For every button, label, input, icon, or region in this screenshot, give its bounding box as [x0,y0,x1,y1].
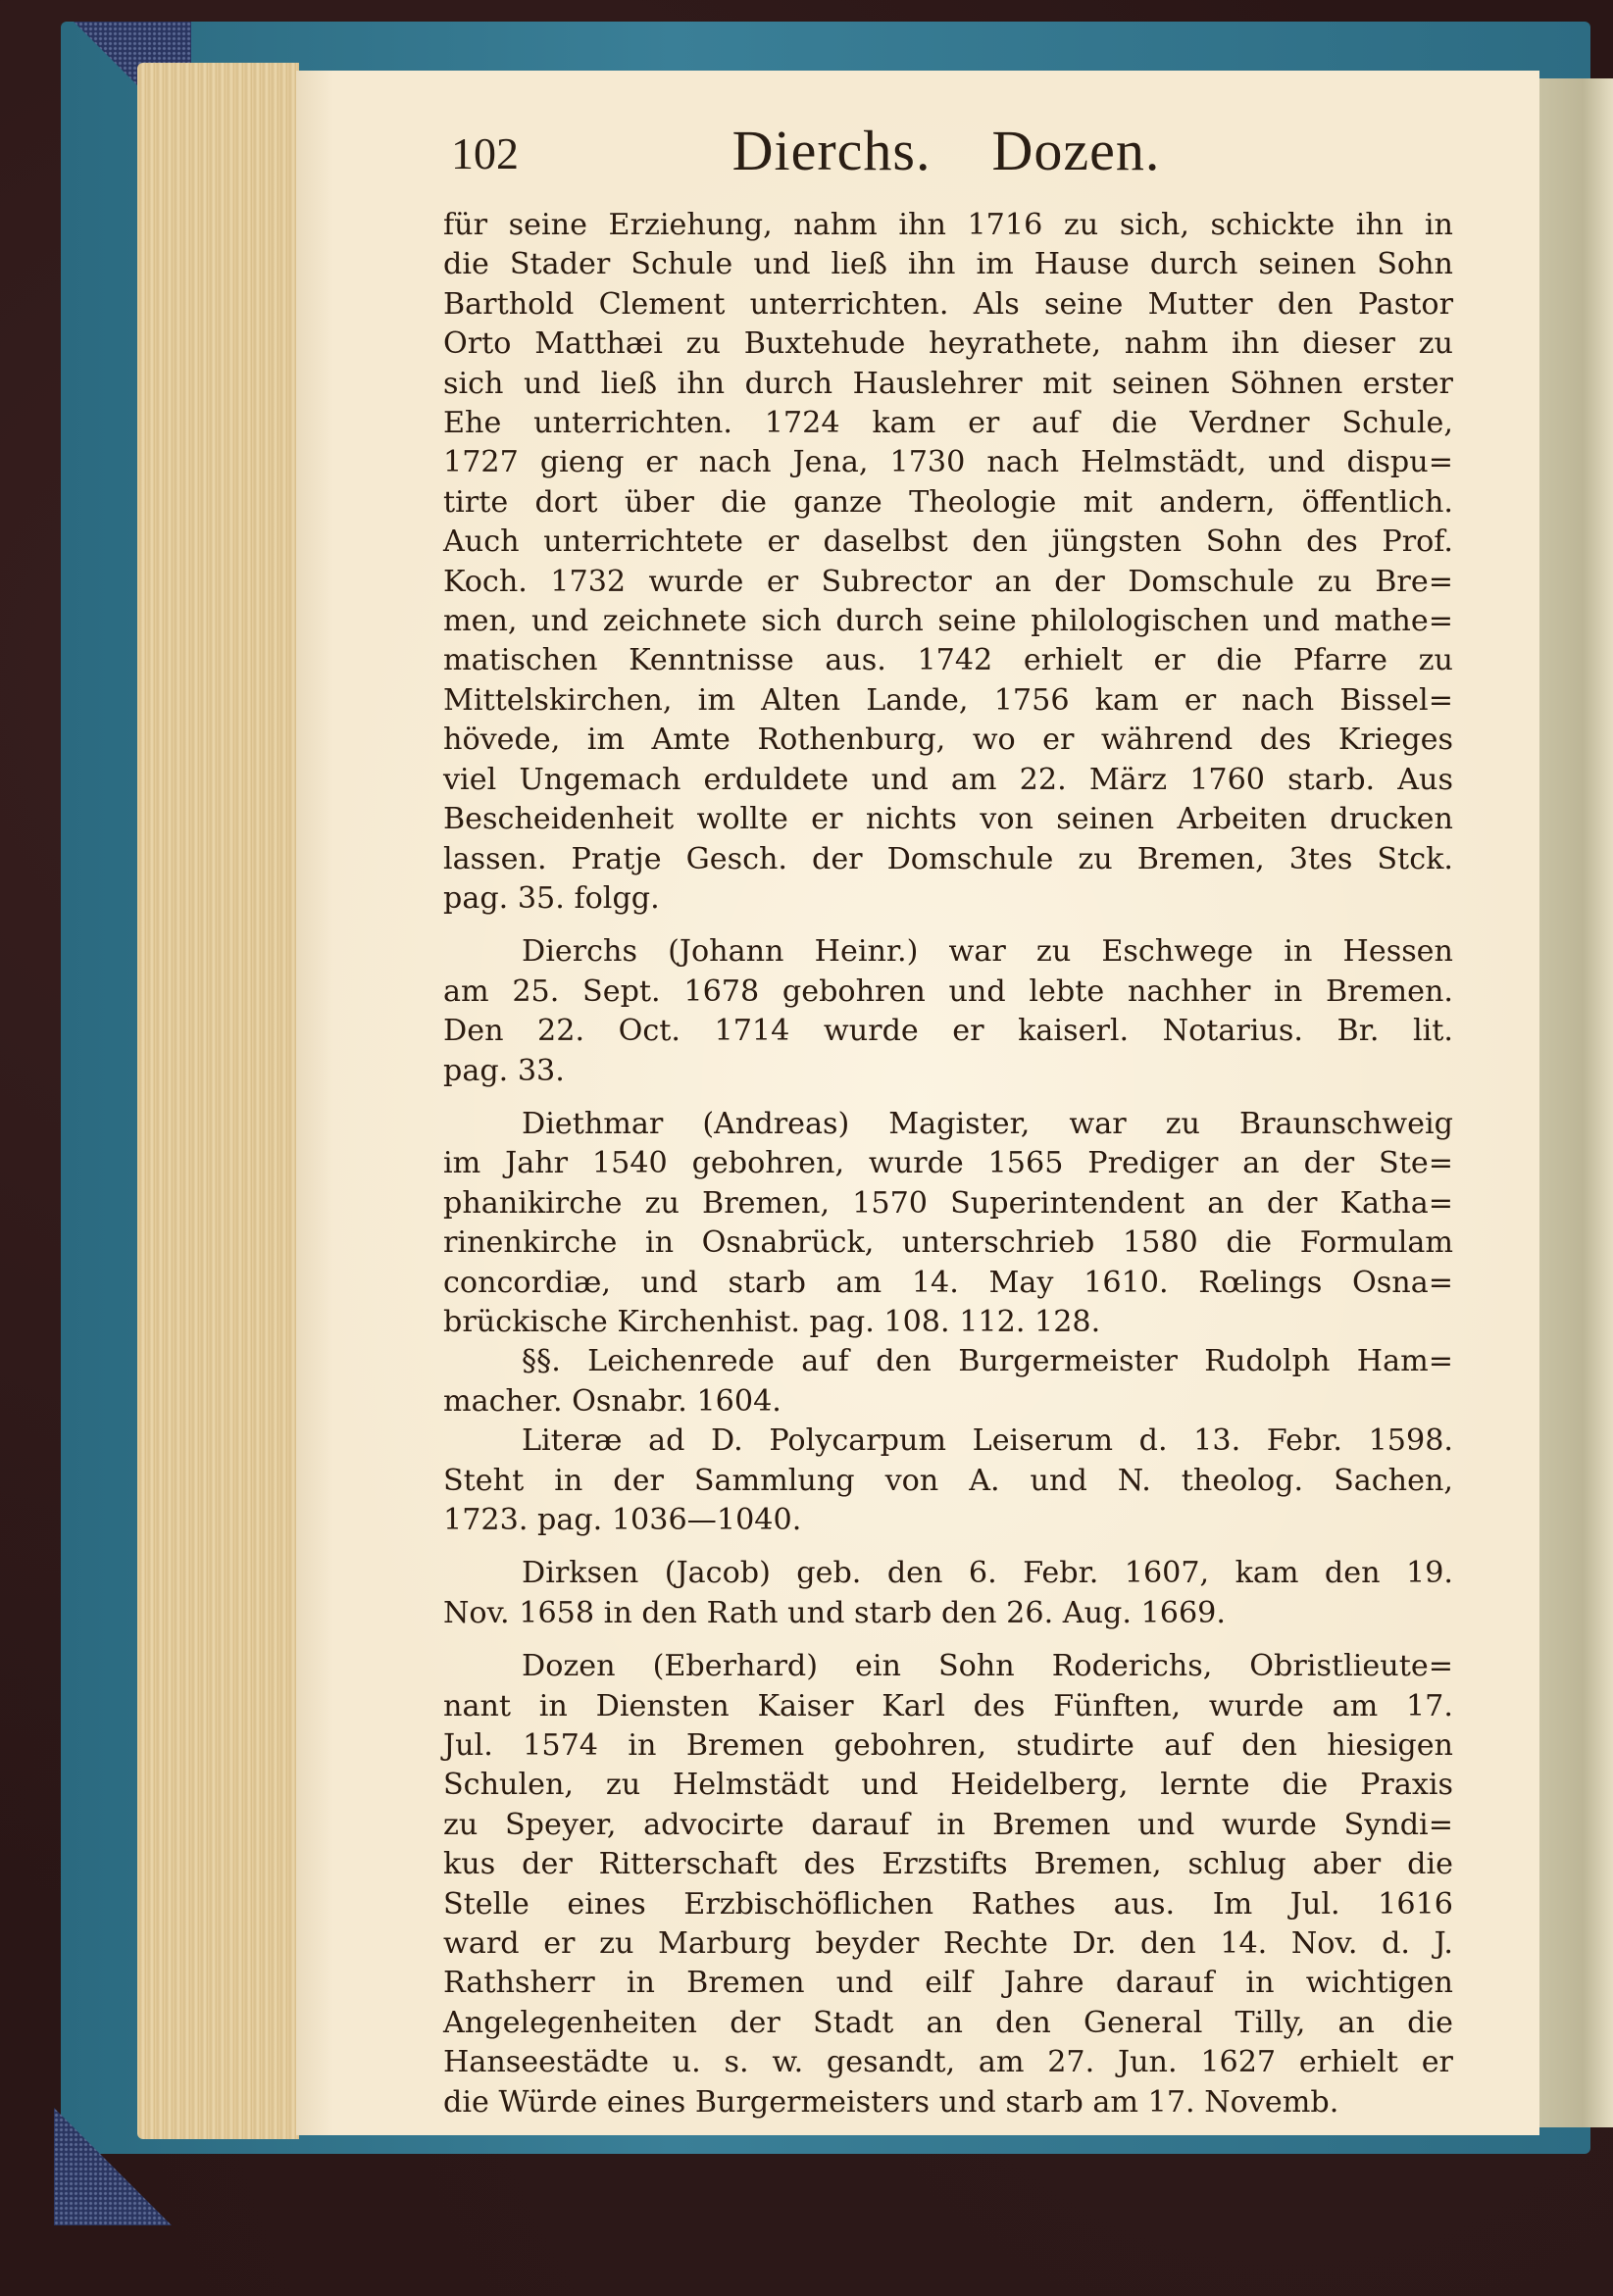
book-page: 102 Dierchs. Dozen. für seine Erziehung,… [296,71,1539,2135]
page-block-edges [137,63,299,2139]
entry-dierchs: Dierchs (Johann Heinr.) war zu Eschwege … [443,932,1453,1091]
text-line: Hanseestädte u. s. w. gesandt, am 27. Ju… [443,2043,1453,2082]
text-line: die Würde eines Burgermeisters und starb… [443,2083,1453,2122]
text-line: Ehe unterrichten. 1724 kam er auf die Ve… [443,404,1453,443]
text-line: Stelle eines Erzbischöflichen Rathes aus… [443,1885,1453,1924]
text-line: Mittelskirchen, im Alten Lande, 1756 kam… [443,681,1453,721]
text-line: Jul. 1574 in Bremen gebohren, studirte a… [443,1726,1453,1766]
facing-page-edge [1537,78,1613,2127]
text-line: lassen. Pratje Gesch. der Domschule zu B… [443,840,1453,879]
text-line: Bescheidenheit wollte er nichts von sein… [443,800,1453,839]
text-line: für seine Erziehung, nahm ihn 1716 zu si… [443,206,1453,245]
text-line: Steht in der Sammlung von A. und N. theo… [443,1462,1453,1501]
text-line: viel Ungemach erduldete und am 22. März … [443,761,1453,800]
page-header: 102 Dierchs. Dozen. [451,110,1441,188]
paragraph-gap [443,1091,1453,1105]
text-line: men, und zeichnete sich durch seine phil… [443,602,1453,641]
text-line: concordiæ, und starb am 14. May 1610. Rœ… [443,1264,1453,1303]
text-line: tirte dort über die ganze Theologie mit … [443,483,1453,523]
text-line: Angelegenheiten der Stadt an den General… [443,2004,1453,2043]
text-line: zu Speyer, advocirte darauf in Bremen un… [443,1806,1453,1845]
text-line: Diethmar (Andreas) Magister, war zu Brau… [443,1105,1453,1144]
entry-diethmar: Diethmar (Andreas) Magister, war zu Brau… [443,1105,1453,1342]
text-line: pag. 35. folgg. [443,879,1453,919]
text-line: §§. Leichenrede auf den Burgermeister Ru… [443,1342,1453,1381]
text-line: Dierchs (Johann Heinr.) war zu Eschwege … [443,932,1453,972]
text-line: nant in Diensten Kaiser Karl des Fünften… [443,1687,1453,1726]
paragraph-gap [443,1540,1453,1554]
text-line: brückische Kirchenhist. pag. 108. 112. 1… [443,1303,1453,1342]
text-line: Barthold Clement unterrichten. Als seine… [443,285,1453,324]
text-line: im Jahr 1540 gebohren, wurde 1565 Predig… [443,1144,1453,1183]
paragraph-gap [443,919,1453,932]
entry-dozen: Dozen (Eberhard) ein Sohn Roderichs, Obr… [443,1647,1453,2122]
text-line: am 25. Sept. 1678 gebohren und lebte nac… [443,973,1453,1012]
text-line: Literæ ad D. Polycarpum Leiserum d. 13. … [443,1422,1453,1461]
text-line: pag. 33. [443,1052,1453,1091]
text-line: Rathsherr in Bremen und eilf Jahre darau… [443,1964,1453,2003]
entry-continuation: für seine Erziehung, nahm ihn 1716 zu si… [443,206,1453,919]
text-line: Nov. 1658 in den Rath und starb den 26. … [443,1594,1453,1633]
text-line: phanikirche zu Bremen, 1570 Superintende… [443,1184,1453,1223]
text-line: 1723. pag. 1036—1040. [443,1501,1453,1540]
paragraph-gap [443,1633,1453,1647]
text-line: die Stader Schule und ließ ihn im Hause … [443,245,1453,284]
text-line: Schulen, zu Helmstädt und Heidelberg, le… [443,1766,1453,1805]
text-line: Den 22. Oct. 1714 wurde er kaiserl. Nota… [443,1012,1453,1051]
running-head: Dierchs. Dozen. [451,118,1441,183]
body-text: für seine Erziehung, nahm ihn 1716 zu si… [443,206,1453,2122]
entry-dirksen: Dirksen (Jacob) geb. den 6. Febr. 1607, … [443,1554,1453,1633]
text-line: Orto Matthæi zu Buxtehude heyrathete, na… [443,324,1453,364]
text-line: sich und ließ ihn durch Hauslehrer mit s… [443,365,1453,404]
text-line: Koch. 1732 wurde er Subrector an der Dom… [443,563,1453,602]
text-line: 1727 gieng er nach Jena, 1730 nach Helms… [443,443,1453,482]
text-line: hövede, im Amte Rothenburg, wo er währen… [443,721,1453,760]
text-line: Dozen (Eberhard) ein Sohn Roderichs, Obr… [443,1647,1453,1686]
text-line: Dirksen (Jacob) geb. den 6. Febr. 1607, … [443,1554,1453,1593]
text-line: Auch unterrichtete er daselbst den jüngs… [443,523,1453,562]
text-line: kus der Ritterschaft des Erzstifts Breme… [443,1845,1453,1884]
text-line: ward er zu Marburg beyder Rechte Dr. den… [443,1924,1453,1964]
text-line: rinenkirche in Osnabrück, unterschrieb 1… [443,1223,1453,1263]
text-line: macher. Osnabr. 1604. [443,1382,1453,1422]
entry-diethmar-works-1: §§. Leichenrede auf den Burgermeister Ru… [443,1342,1453,1422]
entry-diethmar-works-2: Literæ ad D. Polycarpum Leiserum d. 13. … [443,1422,1453,1540]
text-line: matischen Kenntnisse aus. 1742 erhielt e… [443,641,1453,680]
